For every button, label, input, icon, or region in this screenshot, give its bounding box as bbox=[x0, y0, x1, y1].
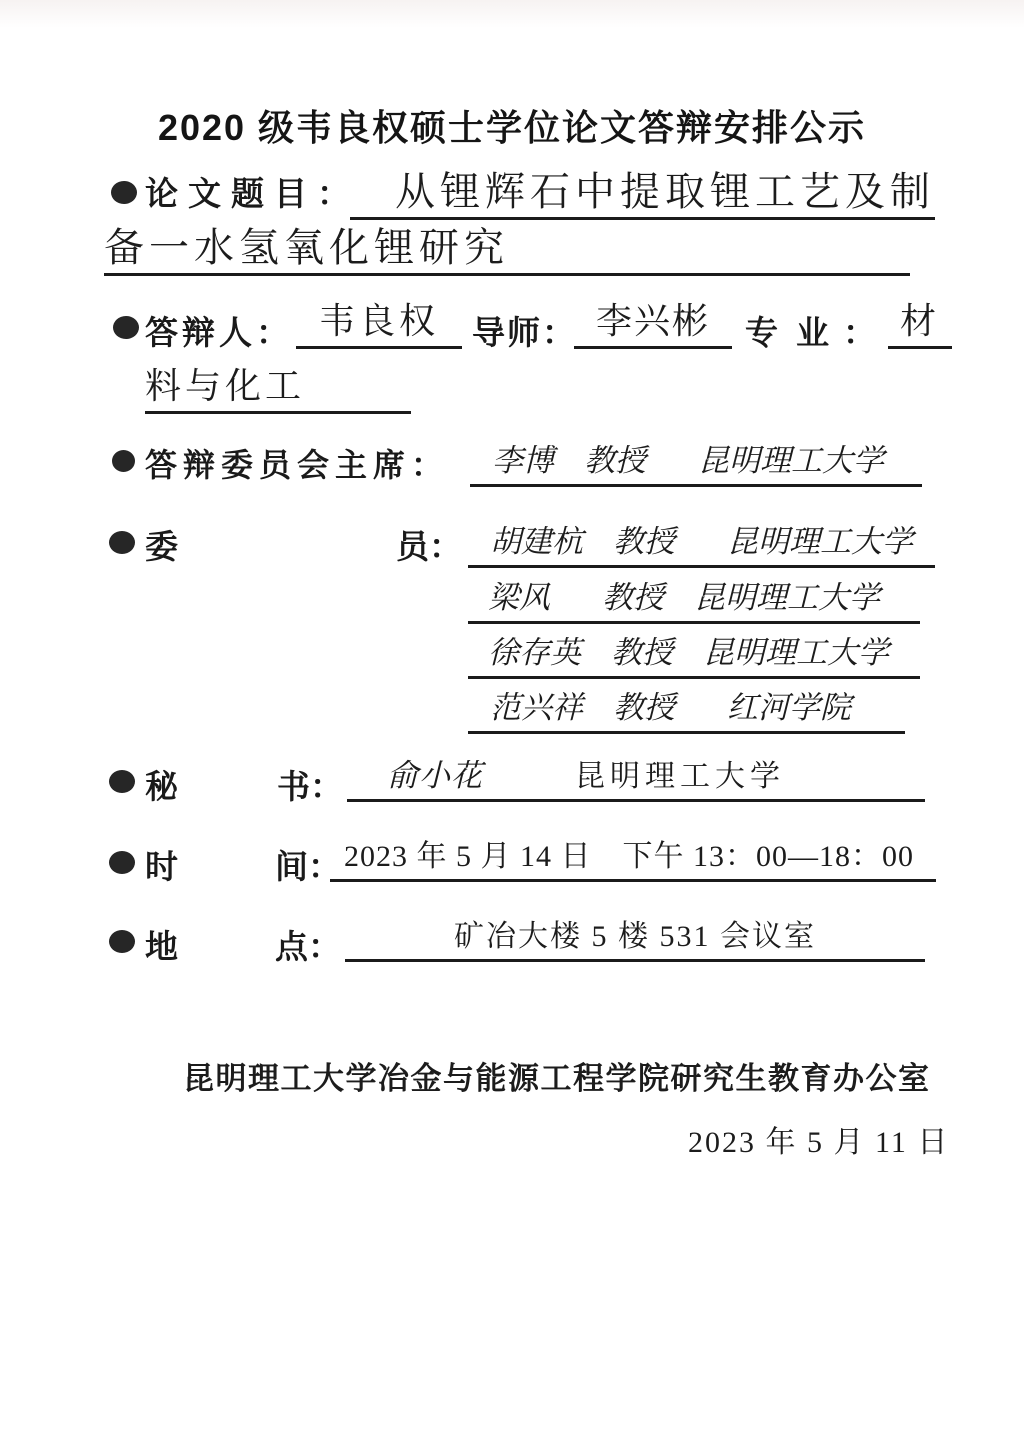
secretary-label-char2: 书： bbox=[277, 761, 343, 808]
secretary-name: 俞小花 bbox=[387, 758, 483, 799]
supervisor-value: 李兴彬 bbox=[596, 302, 710, 346]
chair-title: 教授 bbox=[584, 443, 646, 478]
venue-value: 矿冶大楼 5 楼 531 会议室 bbox=[454, 920, 816, 960]
major-underline-line2: 料与化工 bbox=[145, 364, 411, 414]
committee-member-entry: 胡建杭教授昆明理工大学 bbox=[490, 525, 913, 565]
thesis-title-value-line2: 备一水氢氧化锂研究 bbox=[104, 226, 509, 273]
committee-member-entry: 梁风教授昆明理工大学 bbox=[488, 581, 880, 621]
member-title: 教授 bbox=[611, 635, 673, 670]
chair-label: 答辩委员会主席： bbox=[145, 440, 449, 486]
supervisor-label: 导师： bbox=[472, 307, 577, 354]
bullet-icon bbox=[109, 930, 135, 953]
major-underline-line1: 材 bbox=[888, 300, 952, 349]
bullet-icon bbox=[112, 450, 135, 472]
committee-member-row: 胡建杭教授昆明理工大学 bbox=[468, 519, 935, 568]
chair-affiliation: 昆明理工大学 bbox=[698, 443, 884, 478]
committee-member-row: 徐存英教授昆明理工大学 bbox=[468, 633, 920, 679]
member-name: 徐存英 bbox=[488, 635, 581, 670]
major-value-line1: 材 bbox=[900, 302, 940, 346]
committee-member-row: 范兴祥教授红河学院 bbox=[468, 688, 905, 734]
bullet-icon bbox=[111, 181, 137, 204]
bullet-icon bbox=[109, 531, 135, 554]
member-title: 教授 bbox=[602, 580, 664, 615]
committee-label-char2: 员： bbox=[396, 521, 462, 568]
bullet-icon bbox=[109, 770, 135, 793]
committee-label-char1: 委 bbox=[145, 521, 178, 568]
thesis-title-line2: 备一水氢氧化锂研究 bbox=[104, 218, 910, 276]
member-affiliation: 昆明理工大学 bbox=[727, 524, 913, 559]
thesis-title-line1: 从锂辉石中提取锂工艺及制 bbox=[350, 160, 935, 220]
time-label-char1: 时 bbox=[145, 841, 178, 888]
member-title: 教授 bbox=[613, 524, 675, 559]
secretary-underline: 俞小花 昆明理工大学 bbox=[347, 756, 925, 802]
major-value-line2: 料与化工 bbox=[145, 367, 305, 411]
chair-entry: 李博教授昆明理工大学 bbox=[492, 444, 884, 484]
defender-value: 韦良权 bbox=[319, 302, 439, 346]
supervisor-underline: 李兴彬 bbox=[574, 300, 732, 349]
bullet-icon bbox=[113, 316, 139, 339]
page-title: 2020 级韦良权硕士学位论文答辩安排公示 bbox=[0, 100, 1024, 151]
committee-member-entry: 徐存英教授昆明理工大学 bbox=[488, 636, 889, 676]
venue-label-char1: 地 bbox=[145, 921, 178, 968]
chair-name: 李博 bbox=[492, 443, 554, 478]
secretary-affiliation: 昆明理工大学 bbox=[575, 760, 785, 800]
thesis-title-label: 论文题目： bbox=[145, 168, 360, 215]
venue-label-char2: 点： bbox=[275, 921, 341, 968]
major-colon: ： bbox=[843, 307, 876, 354]
defender-label: 答辩人： bbox=[145, 307, 293, 354]
member-affiliation: 昆明理工大学 bbox=[694, 580, 880, 615]
bullet-icon bbox=[109, 851, 135, 874]
committee-member-row: 梁风教授昆明理工大学 bbox=[468, 578, 920, 624]
chair-underline: 李博教授昆明理工大学 bbox=[470, 438, 922, 487]
time-value: 2023 年 5 月 14 日 下午 13：00—18：00 bbox=[344, 840, 914, 880]
member-title: 教授 bbox=[613, 690, 675, 725]
member-affiliation: 红河学院 bbox=[727, 690, 851, 725]
committee-member-entry: 范兴祥教授红河学院 bbox=[490, 691, 851, 731]
major-label: 专业 bbox=[745, 307, 847, 354]
thesis-title-value-line1: 从锂辉石中提取锂工艺及制 bbox=[395, 170, 935, 217]
footer-date: 2023 年 5 月 11 日 bbox=[688, 1117, 949, 1161]
announcement-document: 2020 级韦良权硕士学位论文答辩安排公示 论文题目： 从锂辉石中提取锂工艺及制… bbox=[0, 0, 1024, 1448]
member-name: 范兴祥 bbox=[490, 690, 583, 725]
venue-underline: 矿冶大楼 5 楼 531 会议室 bbox=[345, 917, 925, 962]
secretary-label-char1: 秘 bbox=[145, 761, 178, 808]
time-underline: 2023 年 5 月 14 日 下午 13：00—18：00 bbox=[330, 837, 936, 882]
member-name: 梁风 bbox=[488, 580, 550, 615]
defender-underline: 韦良权 bbox=[296, 300, 462, 349]
footer-office: 昆明理工大学冶金与能源工程学院研究生教育办公室 bbox=[183, 1053, 931, 1098]
member-name: 胡建杭 bbox=[490, 524, 583, 559]
member-affiliation: 昆明理工大学 bbox=[703, 635, 889, 670]
